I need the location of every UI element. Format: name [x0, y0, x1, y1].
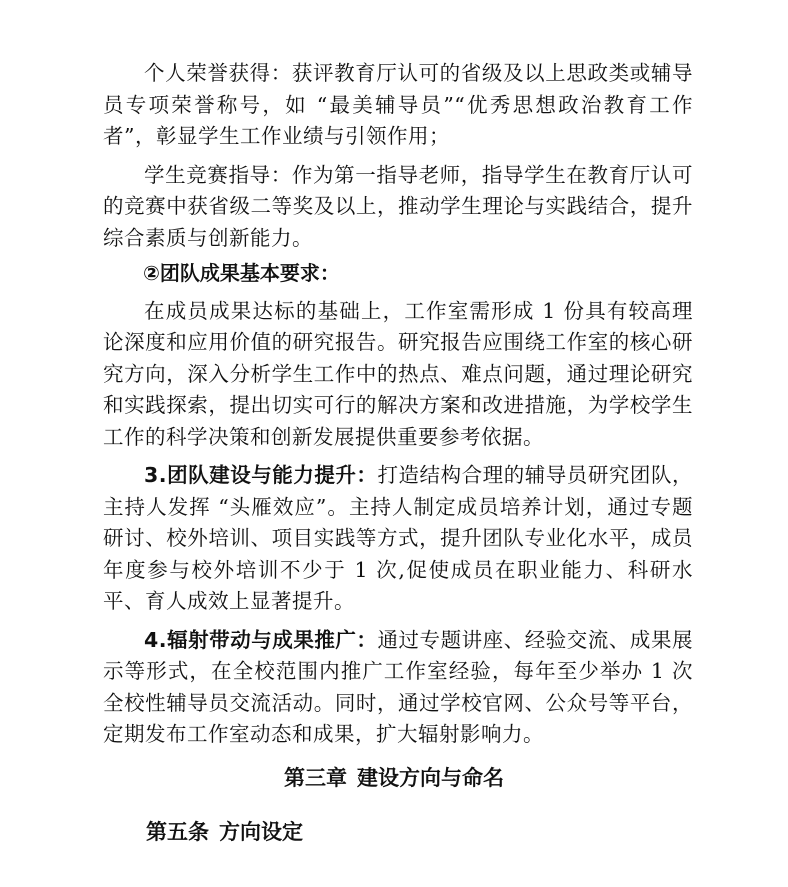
paragraph-outreach: 4.辐射带动与成果推广：通过专题讲座、经验交流、成果展示等形式，在全校范围内推广… [103, 625, 693, 751]
article-title: 方向设定 [219, 820, 303, 844]
section-lead-outreach: 4.辐射带动与成果推广： [144, 628, 377, 652]
document-page: 个人荣誉获得：获评教育厅认可的省级及以上思政类或辅导员专项荣誉称号，如 “最美辅… [103, 58, 693, 751]
chapter-title: 建设方向与命名 [357, 766, 504, 790]
article-number: 第五条 [146, 820, 209, 844]
chapter-number: 第三章 [284, 766, 347, 790]
section-lead-team-building: 3.团队建设与能力提升： [144, 463, 377, 487]
article-heading: 第五条方向设定 [146, 816, 303, 848]
paragraph-lead: 个人荣誉获得： [144, 61, 292, 85]
paragraph-team-building: 3.团队建设与能力提升：打造结构合理的辅导员研究团队，主持人发挥 “头雁效应”。… [103, 460, 693, 618]
paragraph-competition-guidance: 学生竞赛指导：作为第一指导老师，指导学生在教育厅认可的竞赛中获省级二等奖及以上，… [103, 160, 693, 255]
paragraph-personal-honors: 个人荣誉获得：获评教育厅认可的省级及以上思政类或辅导员专项荣誉称号，如 “最美辅… [103, 58, 693, 153]
paragraph-lead: 学生竞赛指导： [144, 163, 292, 187]
subheading-team-requirements: ②团队成果基本要求： [103, 258, 693, 290]
paragraph-team-report: 在成员成果达标的基础上，工作室需形成 1 份具有较高理论深度和应用价值的研究报告… [103, 296, 693, 454]
chapter-heading: 第三章建设方向与命名 [0, 762, 788, 794]
